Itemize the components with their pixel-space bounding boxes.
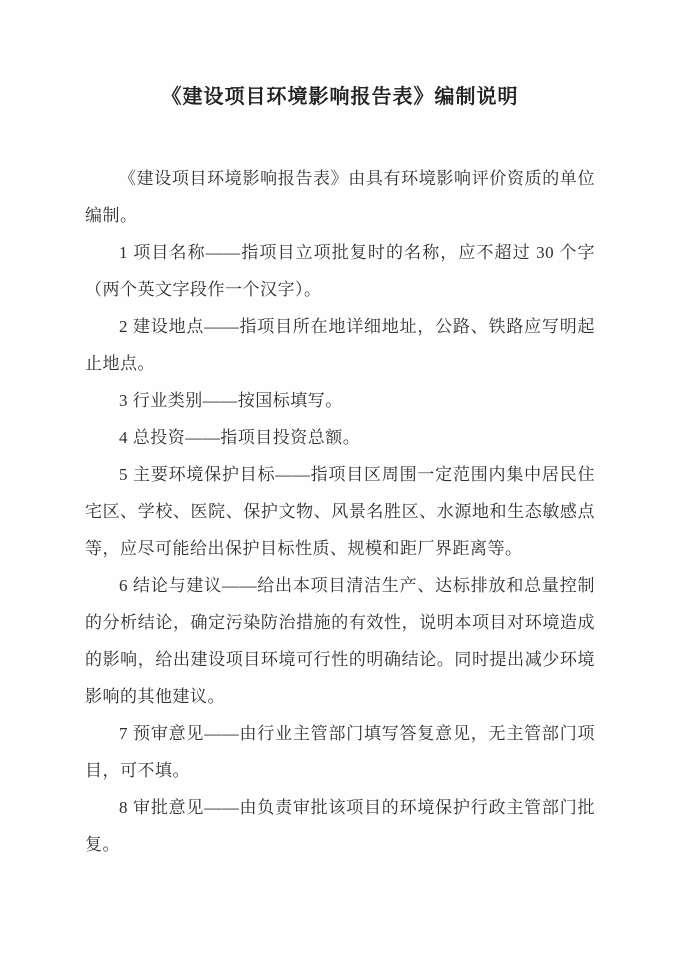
page-content: 《建设项目环境影响报告表》编制说明 《建设项目环境影响报告表》由具有环境影响评价… bbox=[0, 0, 679, 863]
paragraph-item-6: 6 结论与建议——给出本项目清洁生产、达标排放和总量控制的分析结论，确定污染防治… bbox=[85, 567, 595, 715]
document-title: 《建设项目环境影响报告表》编制说明 bbox=[85, 85, 595, 109]
paragraph-item-1: 1 项目名称——指项目立项批复时的名称，应不超过 30 个字（两个英文字段作一个… bbox=[85, 234, 595, 308]
paragraph-item-8: 8 审批意见——由负责审批该项目的环境保护行政主管部门批复。 bbox=[85, 789, 595, 863]
paragraph-item-3: 3 行业类别——按国标填写。 bbox=[85, 382, 595, 419]
paragraph-item-5: 5 主要环境保护目标——指项目区周围一定范围内集中居民住宅区、学校、医院、保护文… bbox=[85, 456, 595, 567]
paragraph-intro: 《建设项目环境影响报告表》由具有环境影响评价资质的单位编制。 bbox=[85, 160, 595, 234]
document-body: 《建设项目环境影响报告表》由具有环境影响评价资质的单位编制。 1 项目名称——指… bbox=[85, 160, 595, 863]
paragraph-item-7: 7 预审意见——由行业主管部门填写答复意见，无主管部门项目，可不填。 bbox=[85, 715, 595, 789]
paragraph-item-2: 2 建设地点——指项目所在地详细地址，公路、铁路应写明起止地点。 bbox=[85, 308, 595, 382]
document-page: 《建设项目环境影响报告表》编制说明 《建设项目环境影响报告表》由具有环境影响评价… bbox=[0, 0, 679, 960]
paragraph-item-4: 4 总投资——指项目投资总额。 bbox=[85, 419, 595, 456]
